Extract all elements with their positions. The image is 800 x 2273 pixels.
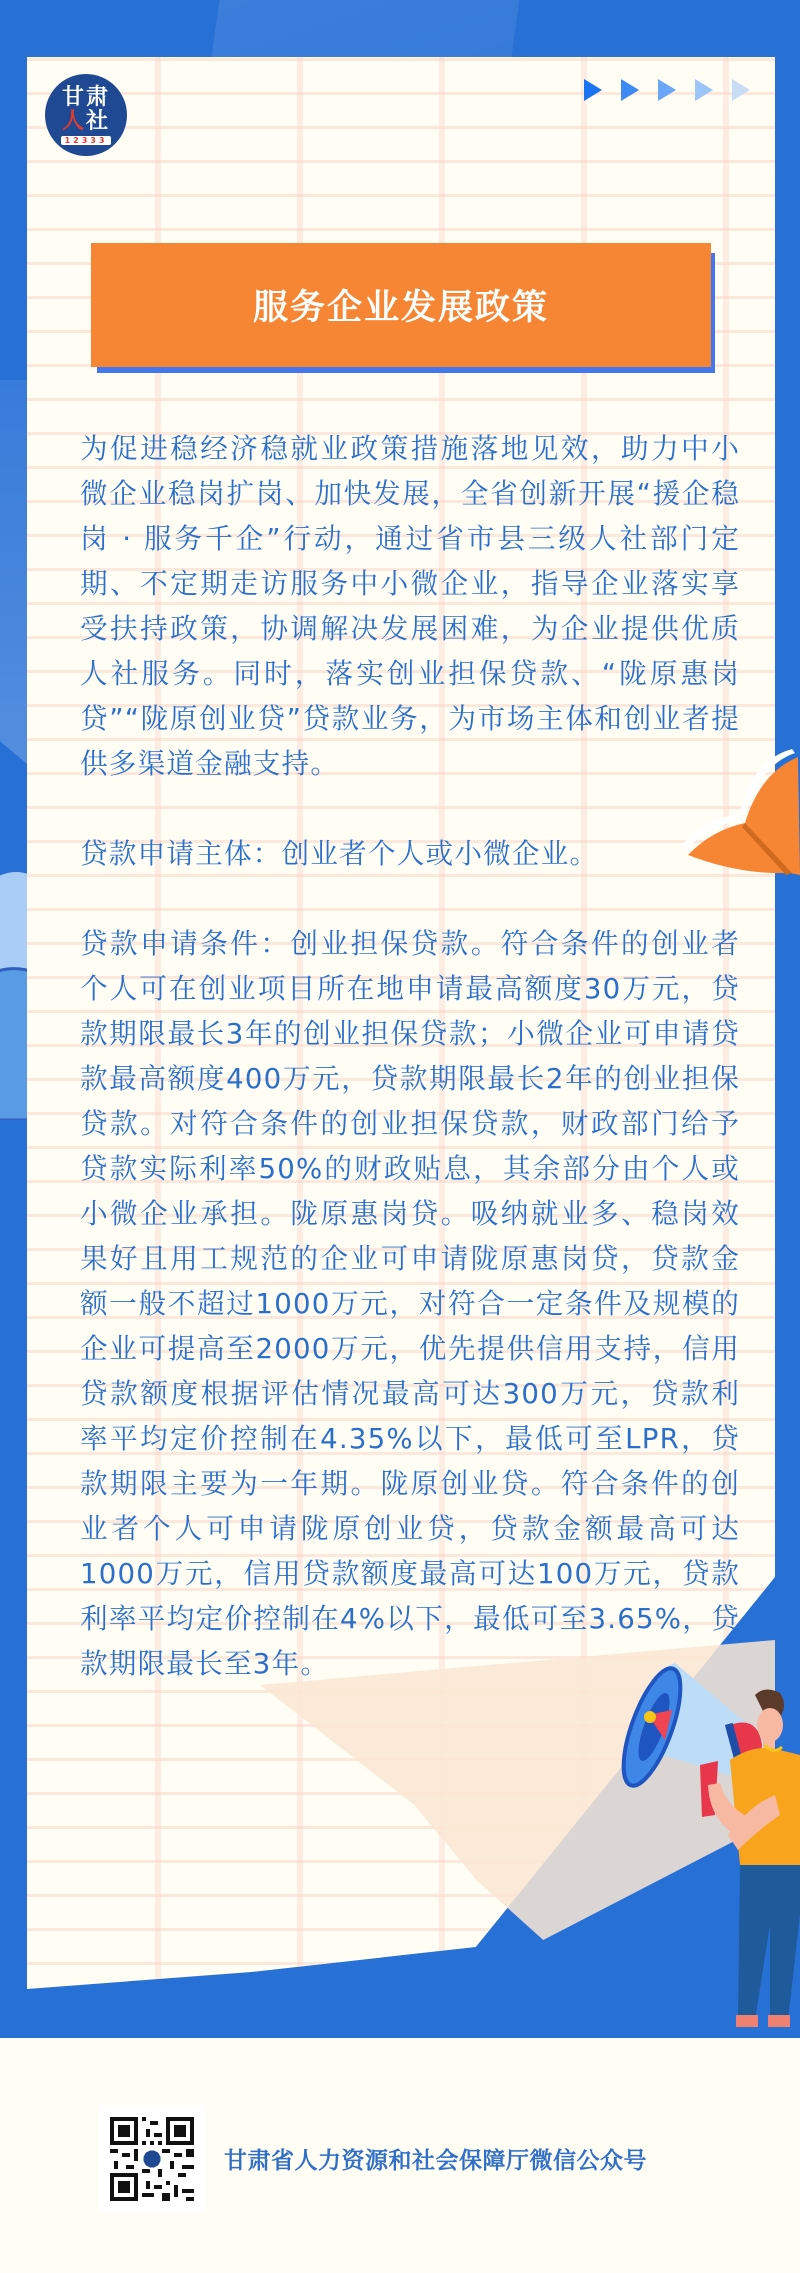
logo: 甘肃 人社 12333 (45, 74, 127, 156)
arrow-decoration (584, 79, 750, 101)
paragraph-intro: 为促进稳经济稳就业政策措施落地见效，助力中小微企业稳岗扩岗、加快发展，全省创新开… (80, 426, 740, 786)
footer-account-name: 甘肃省人力资源和社会保障厅微信公众号 (224, 2142, 647, 2175)
play-arrow-icon (621, 79, 639, 101)
qr-code[interactable] (99, 2105, 205, 2213)
article-body: 为促进稳经济稳就业政策措施落地见效，助力中小微企业稳岗扩岗、加快发展，全省创新开… (80, 426, 740, 1731)
paragraph-applicant: 贷款申请主体：创业者个人或小微企业。 (80, 831, 740, 876)
play-arrow-icon (658, 79, 676, 101)
play-arrow-icon (732, 79, 750, 101)
paragraph-conditions: 贷款申请条件：创业担保贷款。符合条件的创业者个人可在创业项目所在地申请最高额度3… (80, 921, 740, 1686)
logo-hotline: 12333 (61, 136, 112, 145)
open-book-icon (680, 745, 800, 885)
logo-line1: 甘肃 (62, 86, 110, 110)
megaphone-person-illustration (610, 1655, 800, 2035)
play-arrow-icon (695, 79, 713, 101)
logo-line2: 人社 (62, 110, 110, 134)
page-title: 服务企业发展政策 (91, 243, 711, 367)
qr-code-icon (110, 2117, 194, 2201)
play-arrow-icon (584, 79, 602, 101)
